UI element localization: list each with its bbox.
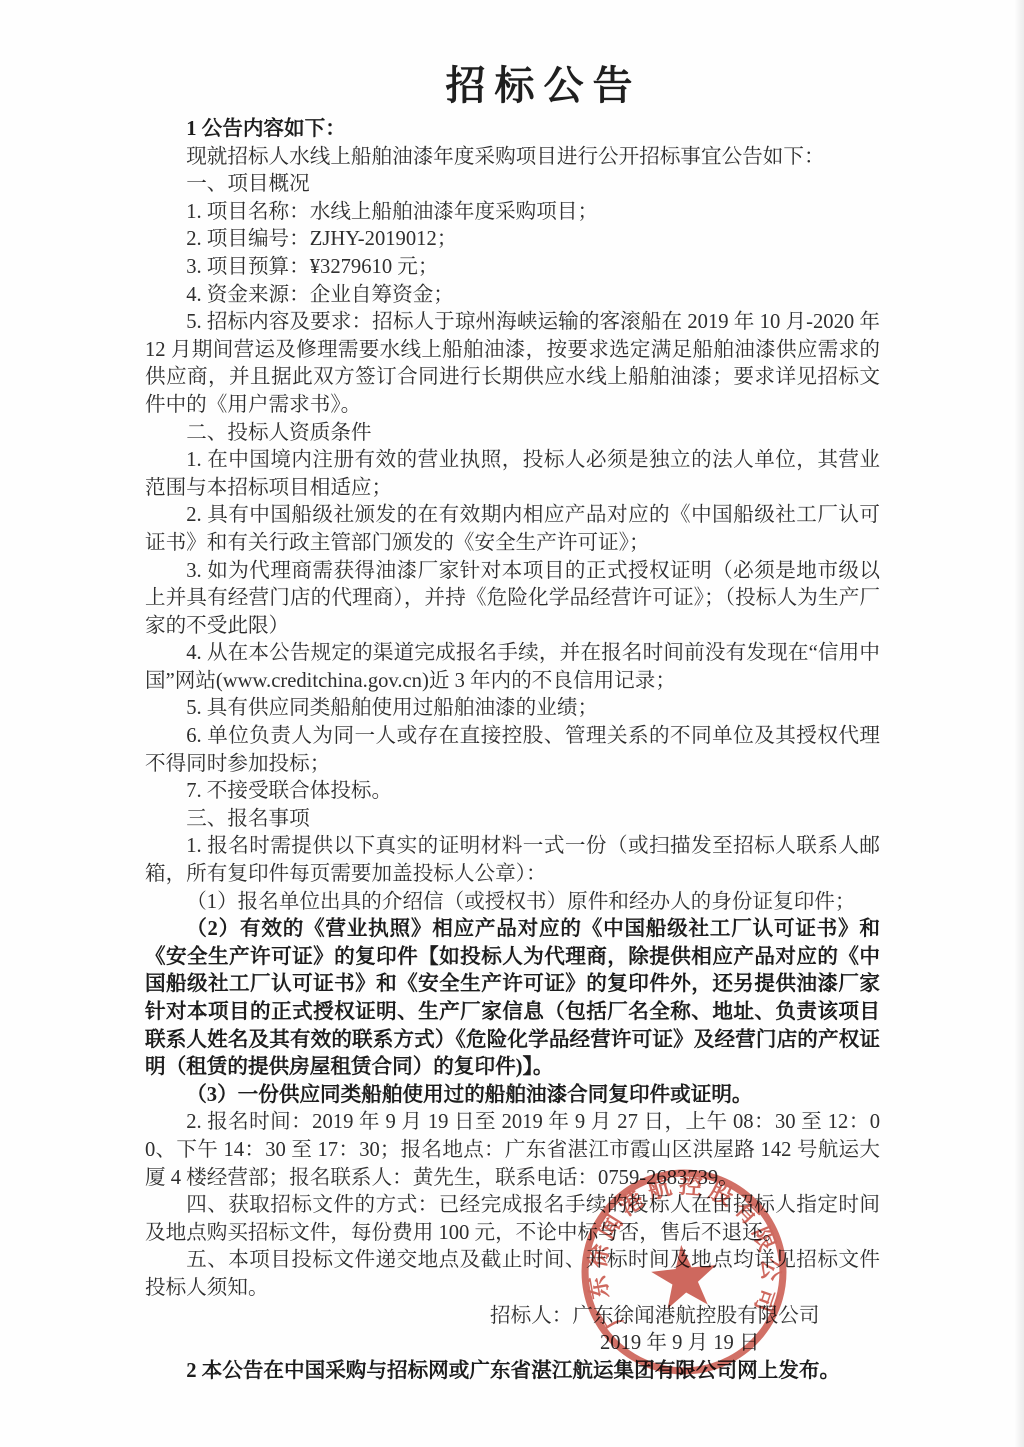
item-funding-source: 4. 资金来源：企业自筹资金；	[145, 282, 880, 310]
qualification-item-1: 1. 在中国境内注册有效的营业执照，投标人必须是独立的法人单位，其营业范围与本招…	[145, 447, 880, 502]
scan-edge-shadow	[1014, 0, 1024, 1447]
registration-material-2: （2）有效的《营业执照》相应产品对应的《中国船级社工厂认可证书》和《安全生产许可…	[145, 916, 880, 1082]
registration-item-2-time: 2. 报名时间：2019 年 9 月 19 日至 2019 年 9 月 27 日…	[145, 1109, 880, 1192]
qualification-item-3: 3. 如为代理商需获得油漆厂家针对本项目的正式授权证明（必须是地市级以上并具有经…	[145, 558, 880, 641]
item-project-number: 2. 项目编号：ZJHY-2019012；	[145, 226, 880, 254]
heading-obtain-documents: 四、获取招标文件的方式：已经完成报名手续的投标人在由招标人指定时间及地点购买招标…	[145, 1192, 880, 1247]
registration-material-1: （1）报名单位出具的介绍信（或授权书）原件和经办人的身份证复印件；	[145, 889, 880, 917]
qualification-item-6: 6. 单位负责人为同一人或存在直接控股、管理关系的不同单位及其授权代理不得同时参…	[145, 723, 880, 778]
heading-registration-matters: 三、报名事项	[145, 806, 880, 834]
item-project-name: 1. 项目名称：水线上船舶油漆年度采购项目；	[145, 199, 880, 227]
item-tender-content: 5. 招标内容及要求：招标人于琼州海峡运输的客滚船在 2019 年 10 月-2…	[145, 309, 880, 419]
qualification-item-4: 4. 从在本公告规定的渠道完成报名手续，并在报名时间前没有发现在“信用中国”网站…	[145, 640, 880, 695]
signer-line: 招标人：广东徐闻港航控股有限公司	[490, 1303, 880, 1331]
item-project-budget: 3. 项目预算：¥3279610 元；	[145, 254, 880, 282]
qualification-item-7: 7. 不接受联合体投标。	[145, 778, 880, 806]
document-page: 招标公告 1 公告内容如下： 现就招标人水线上船舶油漆年度采购项目进行公开招标事…	[0, 0, 1024, 1447]
registration-material-3: （3）一份供应同类船舶使用过的船舶油漆合同复印件或证明。	[145, 1082, 880, 1110]
heading-project-overview: 一、项目概况	[145, 171, 880, 199]
registration-item-1: 1. 报名时需提供以下真实的证明材料一式一份（或扫描发至招标人联系人邮箱，所有复…	[145, 833, 880, 888]
qualification-item-2: 2. 具有中国船级社颁发的在有效期内相应产品对应的《中国船级社工厂认可证书》和有…	[145, 502, 880, 557]
footer-note: 2 本公告在中国采购与招标网或广东省湛江航运集团有限公司网上发布。	[145, 1358, 880, 1386]
heading-submission-info: 五、本项目投标文件递交地点及截止时间、开标时间及地点均详见招标文件投标人须知。	[145, 1247, 880, 1302]
document-content: 招标公告 1 公告内容如下： 现就招标人水线上船舶油漆年度采购项目进行公开招标事…	[145, 62, 880, 1385]
section-heading-announcement: 1 公告内容如下：	[145, 116, 880, 144]
date-line: 2019 年 9 月 19 日	[600, 1330, 880, 1358]
qualification-item-5: 5. 具有供应同类船舶使用过船舶油漆的业绩；	[145, 695, 880, 723]
intro-paragraph: 现就招标人水线上船舶油漆年度采购项目进行公开招标事宜公告如下：	[145, 144, 880, 172]
heading-bidder-qualifications: 二、投标人资质条件	[145, 420, 880, 448]
document-title: 招标公告	[145, 62, 880, 110]
